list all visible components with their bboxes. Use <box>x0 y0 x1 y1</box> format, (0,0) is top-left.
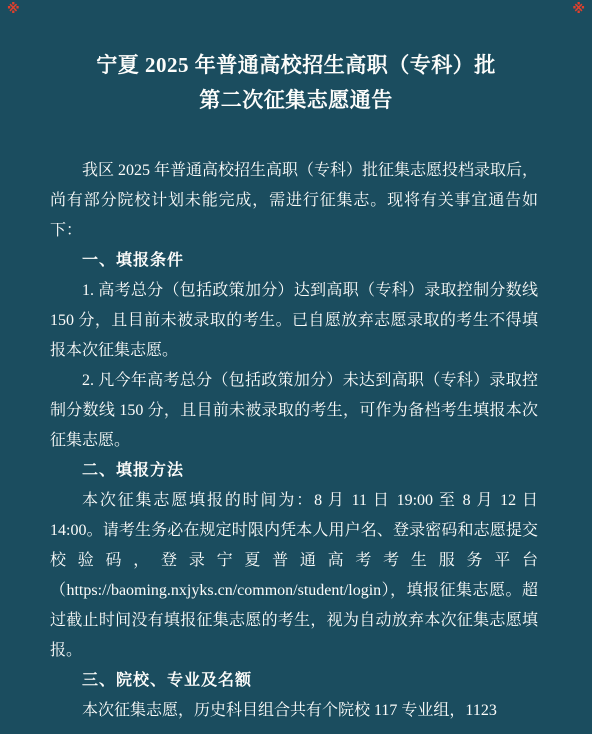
notice-body: 我区 2025 年普通高校招生高职（专科）批征集志愿投档录取后，尚有部分院校计划… <box>50 156 538 726</box>
body-paragraph: 1. 高考总分（包括政策加分）达到高职（专科）录取控制分数线 150 分，且目前… <box>50 276 538 366</box>
body-paragraph: 我区 2025 年普通高校招生高职（专科）批征集志愿投档录取后，尚有部分院校计划… <box>50 156 538 246</box>
body-paragraph: 2. 凡今年高考总分（包括政策加分）未达到高职（专科）录取控制分数线 150 分… <box>50 366 538 456</box>
corner-red-mark-icon: ※ <box>572 3 584 16</box>
section-heading: 二、填报方法 <box>50 456 538 486</box>
notice-title: 宁夏 2025 年普通高校招生高职（专科）批 第二次征集志愿通告 <box>40 48 552 118</box>
section-heading: 一、填报条件 <box>50 246 538 276</box>
body-paragraph: 本次征集志愿，历史科目组合共有个院校 117 专业组，1123 <box>50 696 538 726</box>
notice-title-line2: 第二次征集志愿通告 <box>40 83 552 118</box>
notice-title-line1: 宁夏 2025 年普通高校招生高职（专科）批 <box>40 48 552 83</box>
body-paragraph: 本次征集志愿填报的时间为：8 月 11 日 19:00 至 8 月 12 日 1… <box>50 486 538 666</box>
corner-red-mark-icon: ※ <box>7 3 19 16</box>
notice-page: ※ ※ 宁夏 2025 年普通高校招生高职（专科）批 第二次征集志愿通告 我区 … <box>0 0 592 734</box>
section-heading: 三、院校、专业及名额 <box>50 666 538 696</box>
